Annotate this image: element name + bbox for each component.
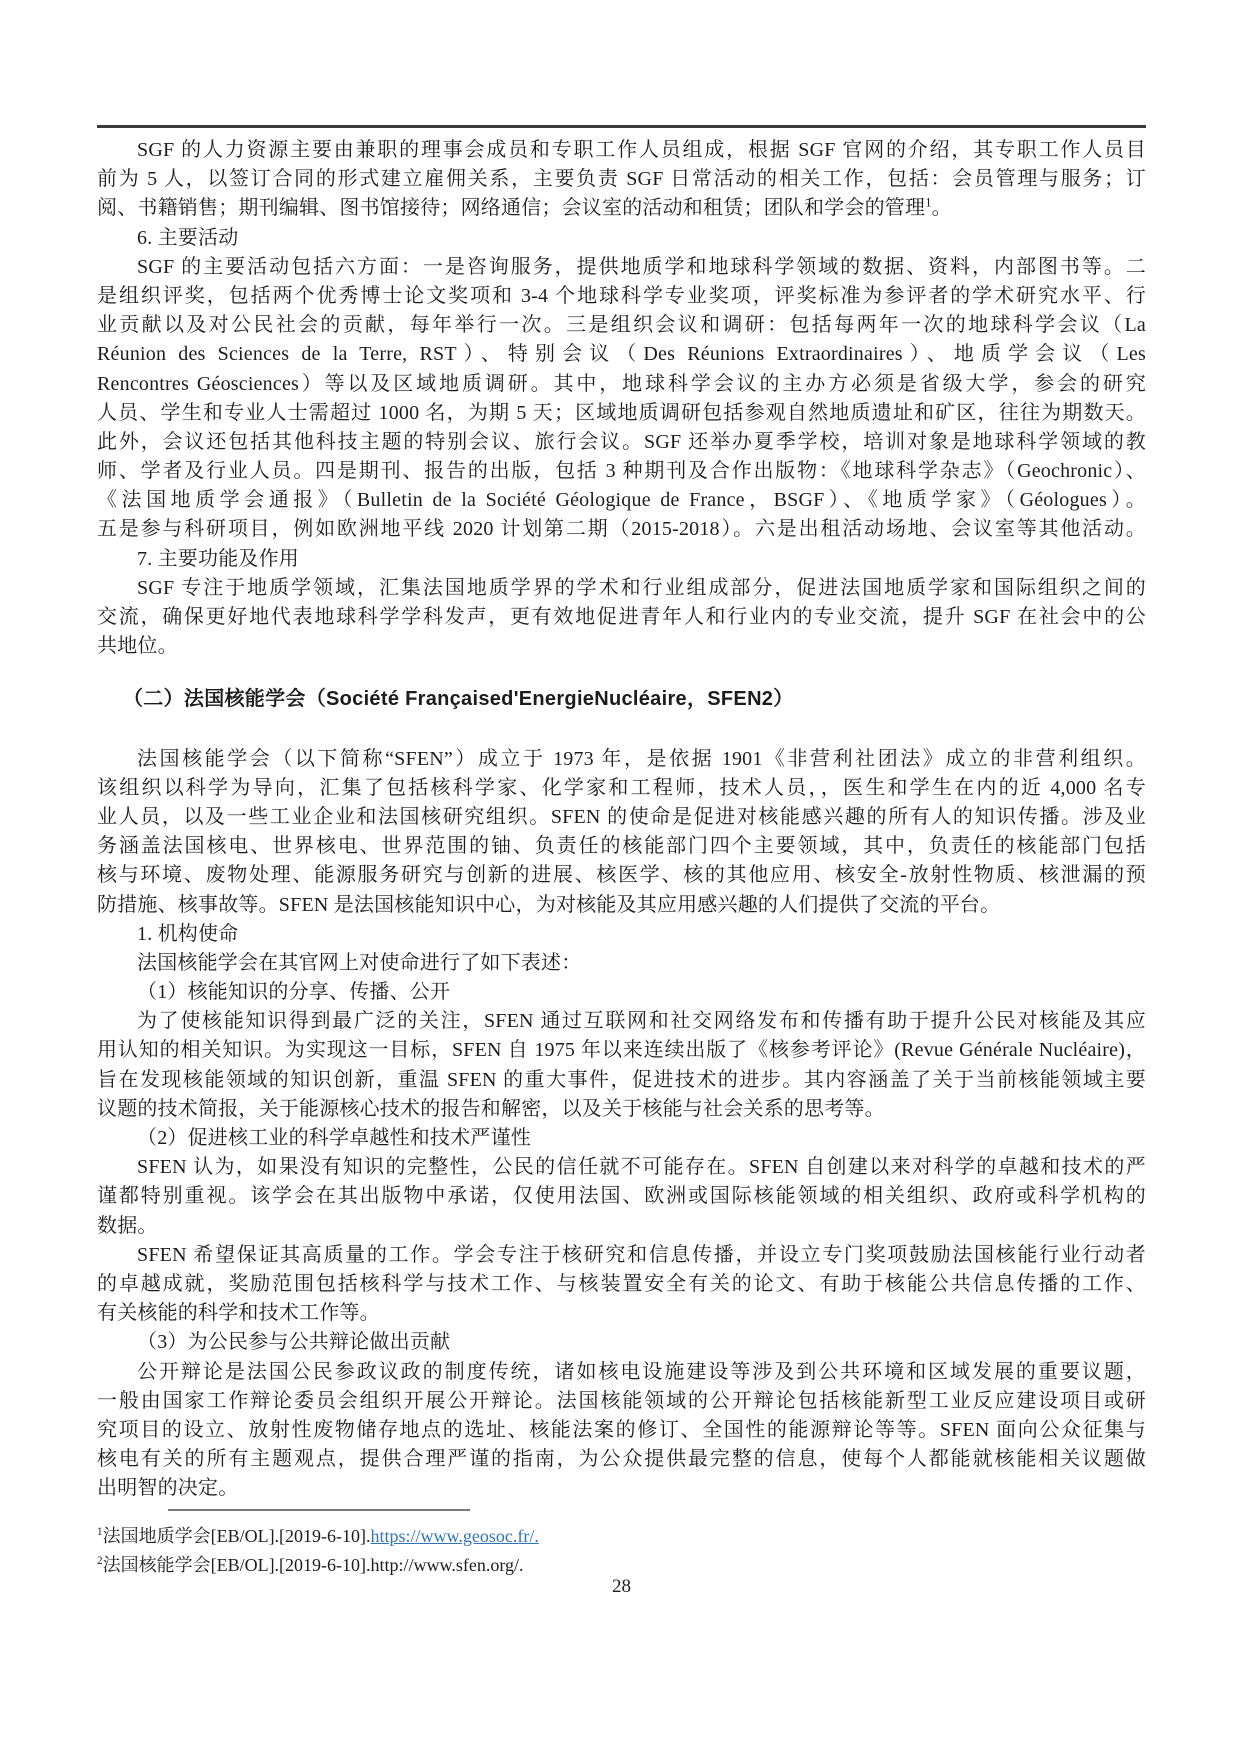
footnote-area: 1法国地质学会[EB/OL].[2019-6-10].https://www.g… <box>97 1509 1146 1577</box>
document-body: SGF 的人力资源主要由兼职的理事会成员和专职工作人员组成，根据 SGF 官网的… <box>97 136 1146 1503</box>
text-line: （1）核能知识的分享、传播、公开 <box>97 978 1146 1007</box>
text-line: （3）为公民参与公共辩论做出贡献 <box>97 1328 1146 1357</box>
text-line: 务涵盖法国核电、世界核电、世界范围的铀、负责任的核能部门四个主要领域，其中，负责… <box>97 832 1146 861</box>
text-line: （2）促进核工业的科学卓越性和技术严谨性 <box>97 1124 1146 1153</box>
text-line: 共地位。 <box>97 632 1146 661</box>
text-line: SGF 的人力资源主要由兼职的理事会成员和专职工作人员组成，根据 SGF 官网的… <box>97 136 1146 165</box>
text-line: 有关核能的科学和技术工作等。 <box>97 1299 1146 1328</box>
text-line: 交流，确保更好地代表地球科学学科发声，更有效地促进青年人和行业内的专业交流，提升… <box>97 603 1146 632</box>
text-line: 核与环境、废物处理、能源服务研究与创新的进展、核医学、核的其他应用、核安全-放射… <box>97 861 1146 890</box>
footnote: 2法国核能学会[EB/OL].[2019-6-10].http://www.sf… <box>97 1554 1146 1577</box>
section-heading-sfen: （二）法国核能学会（Société Françaised'EnergieNucl… <box>97 685 1146 714</box>
text-line: 谨都特别重视。该学会在其出版物中承诺，仅使用法国、欧洲或国际核能领域的相关组织、… <box>97 1182 1146 1211</box>
text-line: 1. 机构使命 <box>97 920 1146 949</box>
text-line: 防措施、核事故等。SFEN 是法国核能知识中心，为对核能及其应用感兴趣的人们提供… <box>97 891 1146 920</box>
text-line: 出明智的决定。 <box>97 1474 1146 1503</box>
text-line: 核电有关的所有主题观点，提供合理严谨的指南，为公众提供最完整的信息，使每个人都能… <box>97 1445 1146 1474</box>
text-line: SGF 专注于地质学领域，汇集法国地质学界的学术和行业组成部分，促进法国地质学家… <box>97 574 1146 603</box>
text-line: 究项目的设立、放射性废物储存地点的选址、核能法案的修订、全国性的能源辩论等等。S… <box>97 1416 1146 1445</box>
text-line: 议题的技术简报，关于能源核心技术的报告和解密，以及关于核能与社会关系的思考等。 <box>97 1095 1146 1124</box>
text-run: 阅、书籍销售；期刊编辑、图书馆接待；网络通信；会议室的活动和租赁；团队和学会的管… <box>97 197 925 219</box>
text-line: Réunion des Sciences de la Terre, RST）、特… <box>97 340 1146 369</box>
text-run: 法国地质学会[EB/OL].[2019-6-10]. <box>103 1526 371 1546</box>
text-line: 《法国地质学会通报》（Bulletin de la Société Géolog… <box>97 486 1146 515</box>
text-run: 。 <box>932 197 952 219</box>
text-line: 是组织评奖，包括两个优秀博士论文奖项和 3-4 个地球科学专业奖项，评奖标准为参… <box>97 282 1146 311</box>
footnote-separator <box>168 1509 470 1511</box>
text-run: 法国核能学会[EB/OL].[2019-6-10].http://www.sfe… <box>103 1555 524 1575</box>
text-line: 师、学者及行业人员。四是期刊、报告的出版，包括 3 种期刊及合作出版物：《地球科… <box>97 457 1146 486</box>
text-line: 用认知的相关知识。为实现这一目标，SFEN 自 1975 年以来连续出版了《核参… <box>97 1036 1146 1065</box>
text-line: 6. 主要活动 <box>97 224 1146 253</box>
text-line: 业人员，以及一些工业企业和法国核研究组织。SFEN 的使命是促进对核能感兴趣的所… <box>97 803 1146 832</box>
text-line: 该组织以科学为导向，汇集了包括核科学家、化学家和工程师，技术人员，，医生和学生在… <box>97 774 1146 803</box>
text-line: 业贡献以及对公民社会的贡献，每年举行一次。三是组织会议和调研：包括每两年一次的地… <box>97 311 1146 340</box>
text-line: 前为 5 人，以签订合同的形式建立雇佣关系，主要负责 SGF 日常活动的相关工作… <box>97 165 1146 194</box>
text-line: SFEN 认为，如果没有知识的完整性，公民的信任就不可能存在。SFEN 自创建以… <box>97 1153 1146 1182</box>
text-line: 的卓越成就，奖励范围包括核科学与技术工作、与核装置安全有关的论文、有助于核能公共… <box>97 1270 1146 1299</box>
text-line: 五是参与科研项目，例如欧洲地平线 2020 计划第二期（2015-2018）。六… <box>97 515 1146 544</box>
text-line: 7. 主要功能及作用 <box>97 545 1146 574</box>
text-line: 为了使核能知识得到最广泛的关注，SFEN 通过互联网和社交网络发布和传播有助于提… <box>97 1007 1146 1036</box>
text-line: 旨在发现核能领域的知识创新，重温 SFEN 的重大事件，促进技术的进步。其内容涵… <box>97 1066 1146 1095</box>
text-line: 一般由国家工作辩论委员会组织开展公开辩论。法国核能领域的公开辩论包括核能新型工业… <box>97 1387 1146 1416</box>
page-header-rule <box>97 125 1146 128</box>
page-number: 28 <box>97 1576 1146 1598</box>
footnote-list: 1法国地质学会[EB/OL].[2019-6-10].https://www.g… <box>97 1525 1146 1577</box>
text-line: SFEN 希望保证其高质量的工作。学会专注于核研究和信息传播，并设立专门奖项鼓励… <box>97 1241 1146 1270</box>
text-line: Rencontres Géosciences）等以及区域地质调研。其中，地球科学… <box>97 370 1146 399</box>
text-line: 数据。 <box>97 1212 1146 1241</box>
text-line: 阅、书籍销售；期刊编辑、图书馆接待；网络通信；会议室的活动和租赁；团队和学会的管… <box>97 194 1146 223</box>
text-line: 法国核能学会在其官网上对使命进行了如下表述： <box>97 949 1146 978</box>
text-line: 公开辩论是法国公民参政议政的制度传统，诸如核电设施建设等涉及到公共环境和区域发展… <box>97 1358 1146 1387</box>
text-line: 人员、学生和专业人士需超过 1000 名，为期 5 天；区域地质调研包括参观自然… <box>97 399 1146 428</box>
text-line: 法国核能学会（以下简称“SFEN”）成立于 1973 年，是依据 1901《非营… <box>97 745 1146 774</box>
text-line: 此外，会议还包括其他科技主题的特别会议、旅行会议。SGF 还举办夏季学校，培训对… <box>97 428 1146 457</box>
footnote: 1法国地质学会[EB/OL].[2019-6-10].https://www.g… <box>97 1525 1146 1548</box>
text-line: SGF 的主要活动包括六方面：一是咨询服务，提供地质学和地球科学领域的数据、资料… <box>97 253 1146 282</box>
document-page: SGF 的人力资源主要由兼职的理事会成员和专职工作人员组成，根据 SGF 官网的… <box>0 0 1240 1753</box>
footnote-link-geosoc[interactable]: https://www.geosoc.fr/. <box>371 1526 539 1546</box>
